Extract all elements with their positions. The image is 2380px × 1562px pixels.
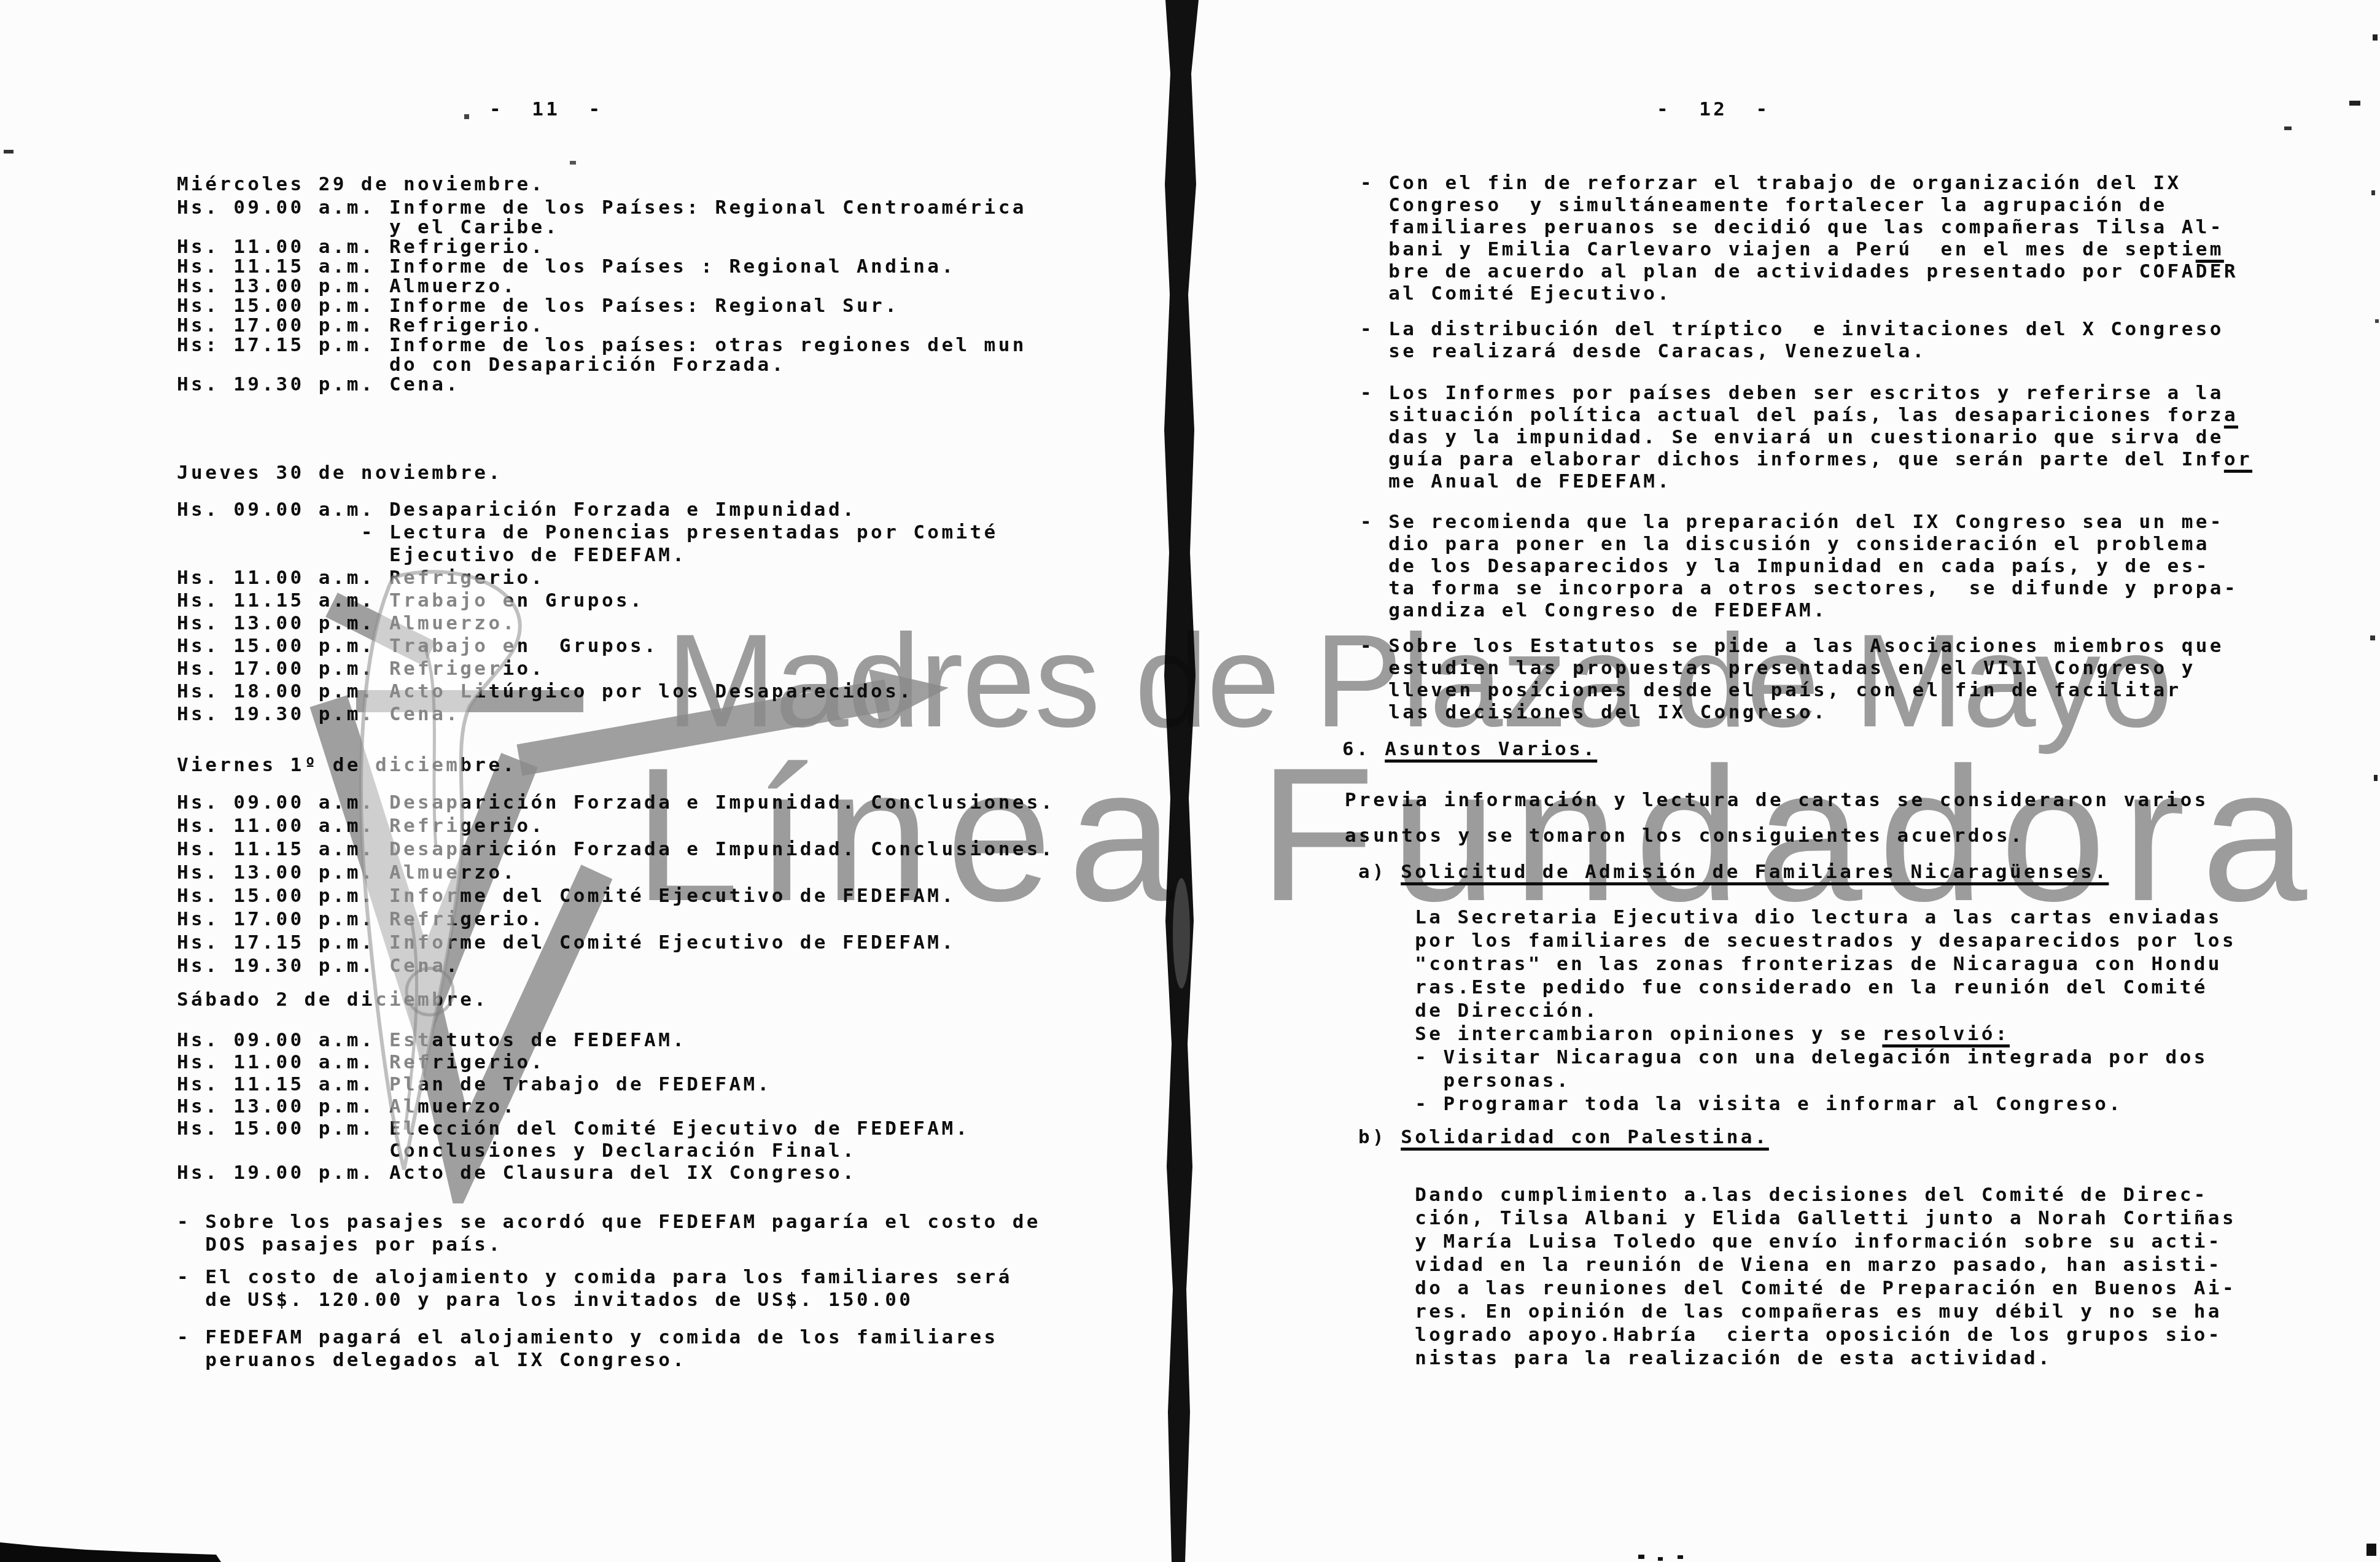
scan-speck <box>1638 1555 1644 1559</box>
binding-gutter-shadow <box>1154 0 1210 1562</box>
scan-speck <box>570 161 576 165</box>
scan-speck <box>2375 319 2379 323</box>
scan-corner-blob <box>0 1541 221 1562</box>
item-a-body: La Secretaria Ejecutiva dio lectura a la… <box>1358 906 2236 1116</box>
panuelo-outline-icon <box>282 540 995 1203</box>
scan-speck <box>2370 635 2375 640</box>
item-a-heading: a) Solicitud de Admisión de Familiares N… <box>1358 861 2109 883</box>
bullet-paragraph: - Los Informes por países deben ser escr… <box>1360 382 2252 492</box>
note-paragraph: - FEDEFAM pagará el alojamiento y comida… <box>177 1326 998 1372</box>
page-number-right: - 12 - <box>1657 98 1770 120</box>
scan-speck <box>2284 126 2292 130</box>
scan-speck <box>2371 190 2375 195</box>
day-heading: Jueves 30 de noviembre. <box>177 462 502 484</box>
item-b-body: Dando cumplimiento a.las decisiones del … <box>1358 1183 2236 1370</box>
item-b-heading: b) Solidaridad con Palestina. <box>1358 1126 1769 1148</box>
bullet-paragraph: - Sobre los Estatutos se pide a las Asoc… <box>1360 635 2224 723</box>
page-number-left: - 11 - <box>489 98 603 120</box>
bullet-paragraph: - La distribución del tríptico e invitac… <box>1360 318 2224 362</box>
section-intro: Previa información y lectura de cartas s… <box>1345 782 2209 853</box>
note-paragraph: - El costo de alojamiento y comida para … <box>177 1266 1013 1311</box>
scan-speck <box>4 150 14 153</box>
scan-speck <box>2373 34 2378 41</box>
bullet-paragraph: - Con el fin de reforzar el trabajo de o… <box>1360 172 2238 305</box>
scan-speck <box>464 114 469 119</box>
schedule-block: Hs. 09.00 a.m. Informe de los Países: Re… <box>177 198 1027 394</box>
section-heading: 6. Asuntos Varios. <box>1342 738 1597 760</box>
scan-speck <box>2366 1544 2376 1556</box>
scan-speck <box>1678 1555 1683 1559</box>
note-paragraph: - Sobre los pasajes se acordó que FEDEFA… <box>177 1211 1041 1256</box>
bullet-paragraph: - Se recomienda que la preparación del I… <box>1360 511 2238 621</box>
day-heading: Miércoles 29 de noviembre. <box>177 173 545 195</box>
scanned-document: { "colors": { "ink": "#0d0d0d", "waterma… <box>0 0 2380 1562</box>
scan-speck <box>2349 101 2360 106</box>
scan-speck <box>2374 775 2378 781</box>
scan-speck <box>1658 1557 1663 1561</box>
